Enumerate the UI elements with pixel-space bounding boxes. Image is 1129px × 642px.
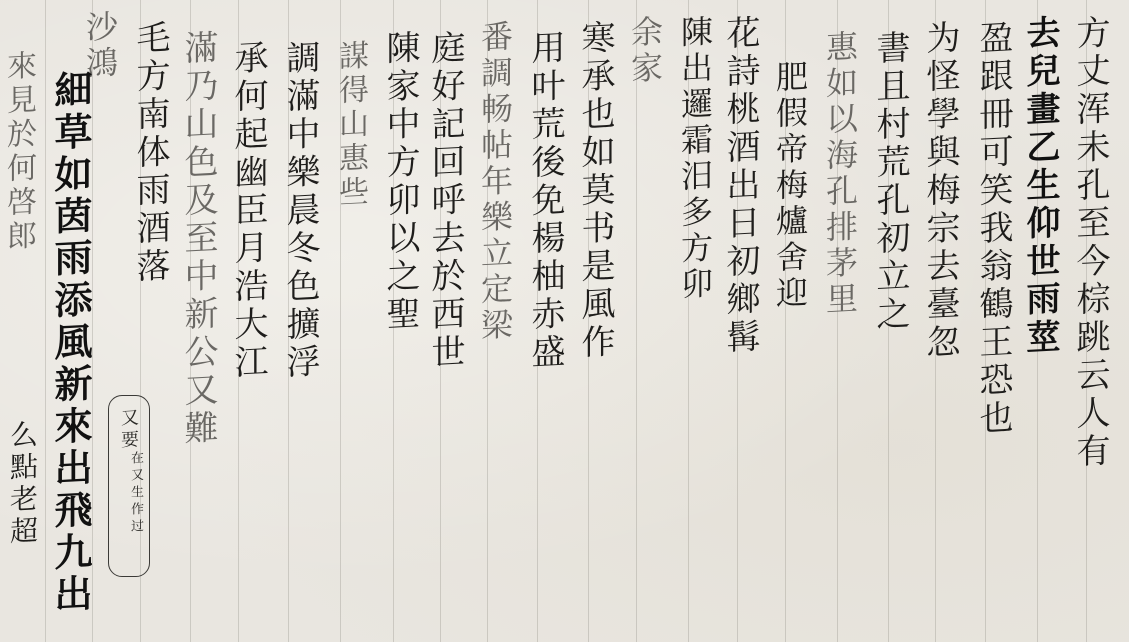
calligraphy-column: 毛方南体雨酒落 bbox=[133, 19, 167, 287]
rule-line bbox=[45, 0, 46, 642]
calligraphy-column: 寒承也如莫书是風作 bbox=[578, 19, 612, 363]
calligraphy-column: 承何起幽臣月浩大江 bbox=[231, 39, 265, 383]
calligraphy-column: 惠如以海孔排茅里 bbox=[824, 29, 856, 319]
calligraphy-column: 番調畅帖年樂立定梁 bbox=[479, 19, 511, 345]
annotation-box: 又要在又生作过 bbox=[108, 395, 150, 577]
calligraphy-column: 庭好記回呼去於西世 bbox=[428, 29, 462, 373]
calligraphy-column: 細草如茵雨添風新來出飛九出 bbox=[51, 69, 89, 617]
calligraphy-column: 么點老超 bbox=[8, 419, 36, 548]
calligraphy-column: 盈跟冊可笑我翁鶴王恐也 bbox=[976, 19, 1010, 439]
calligraphy-column: 來見於何啓郎 bbox=[3, 49, 33, 255]
calligraphy-column: 为怪學與梅宗去臺忽 bbox=[923, 19, 957, 363]
annotation-text: 在又生作过 bbox=[129, 451, 142, 537]
calligraphy-column: 用叶荒後免楊柚赤盛 bbox=[528, 29, 562, 373]
calligraphy-column: 陳出邏霜汨多方卯 bbox=[679, 14, 711, 304]
annotation-text: 又要 bbox=[119, 408, 137, 453]
calligraphy-column: 謀得山惠些 bbox=[335, 39, 365, 211]
calligraphy-column: 余家 bbox=[629, 14, 661, 88]
calligraphy-column: 去兒畫乙生仰世雨莖 bbox=[1023, 14, 1057, 358]
calligraphy-column: 調滿中樂晨冬色擴浮 bbox=[283, 39, 317, 383]
calligraphy-column: 陳家中方卯以之聖 bbox=[383, 29, 417, 335]
calligraphy-column: 方丈浑未孔至今棕跳云人有 bbox=[1073, 14, 1107, 472]
calligraphy-column: 肥假帝梅爐舍迎 bbox=[774, 59, 806, 313]
rule-line bbox=[636, 0, 637, 642]
calligraphy-column: 滿乃山色及至中新公又難 bbox=[181, 29, 215, 449]
calligraphy-manuscript: 方丈浑未孔至今棕跳云人有去兒畫乙生仰世雨莖盈跟冊可笑我翁鶴王恐也为怪學與梅宗去臺… bbox=[0, 0, 1129, 642]
calligraphy-column: 花詩桃酒出日初鄉髯 bbox=[723, 14, 757, 358]
calligraphy-column: 書且村荒孔初立之 bbox=[873, 29, 907, 335]
